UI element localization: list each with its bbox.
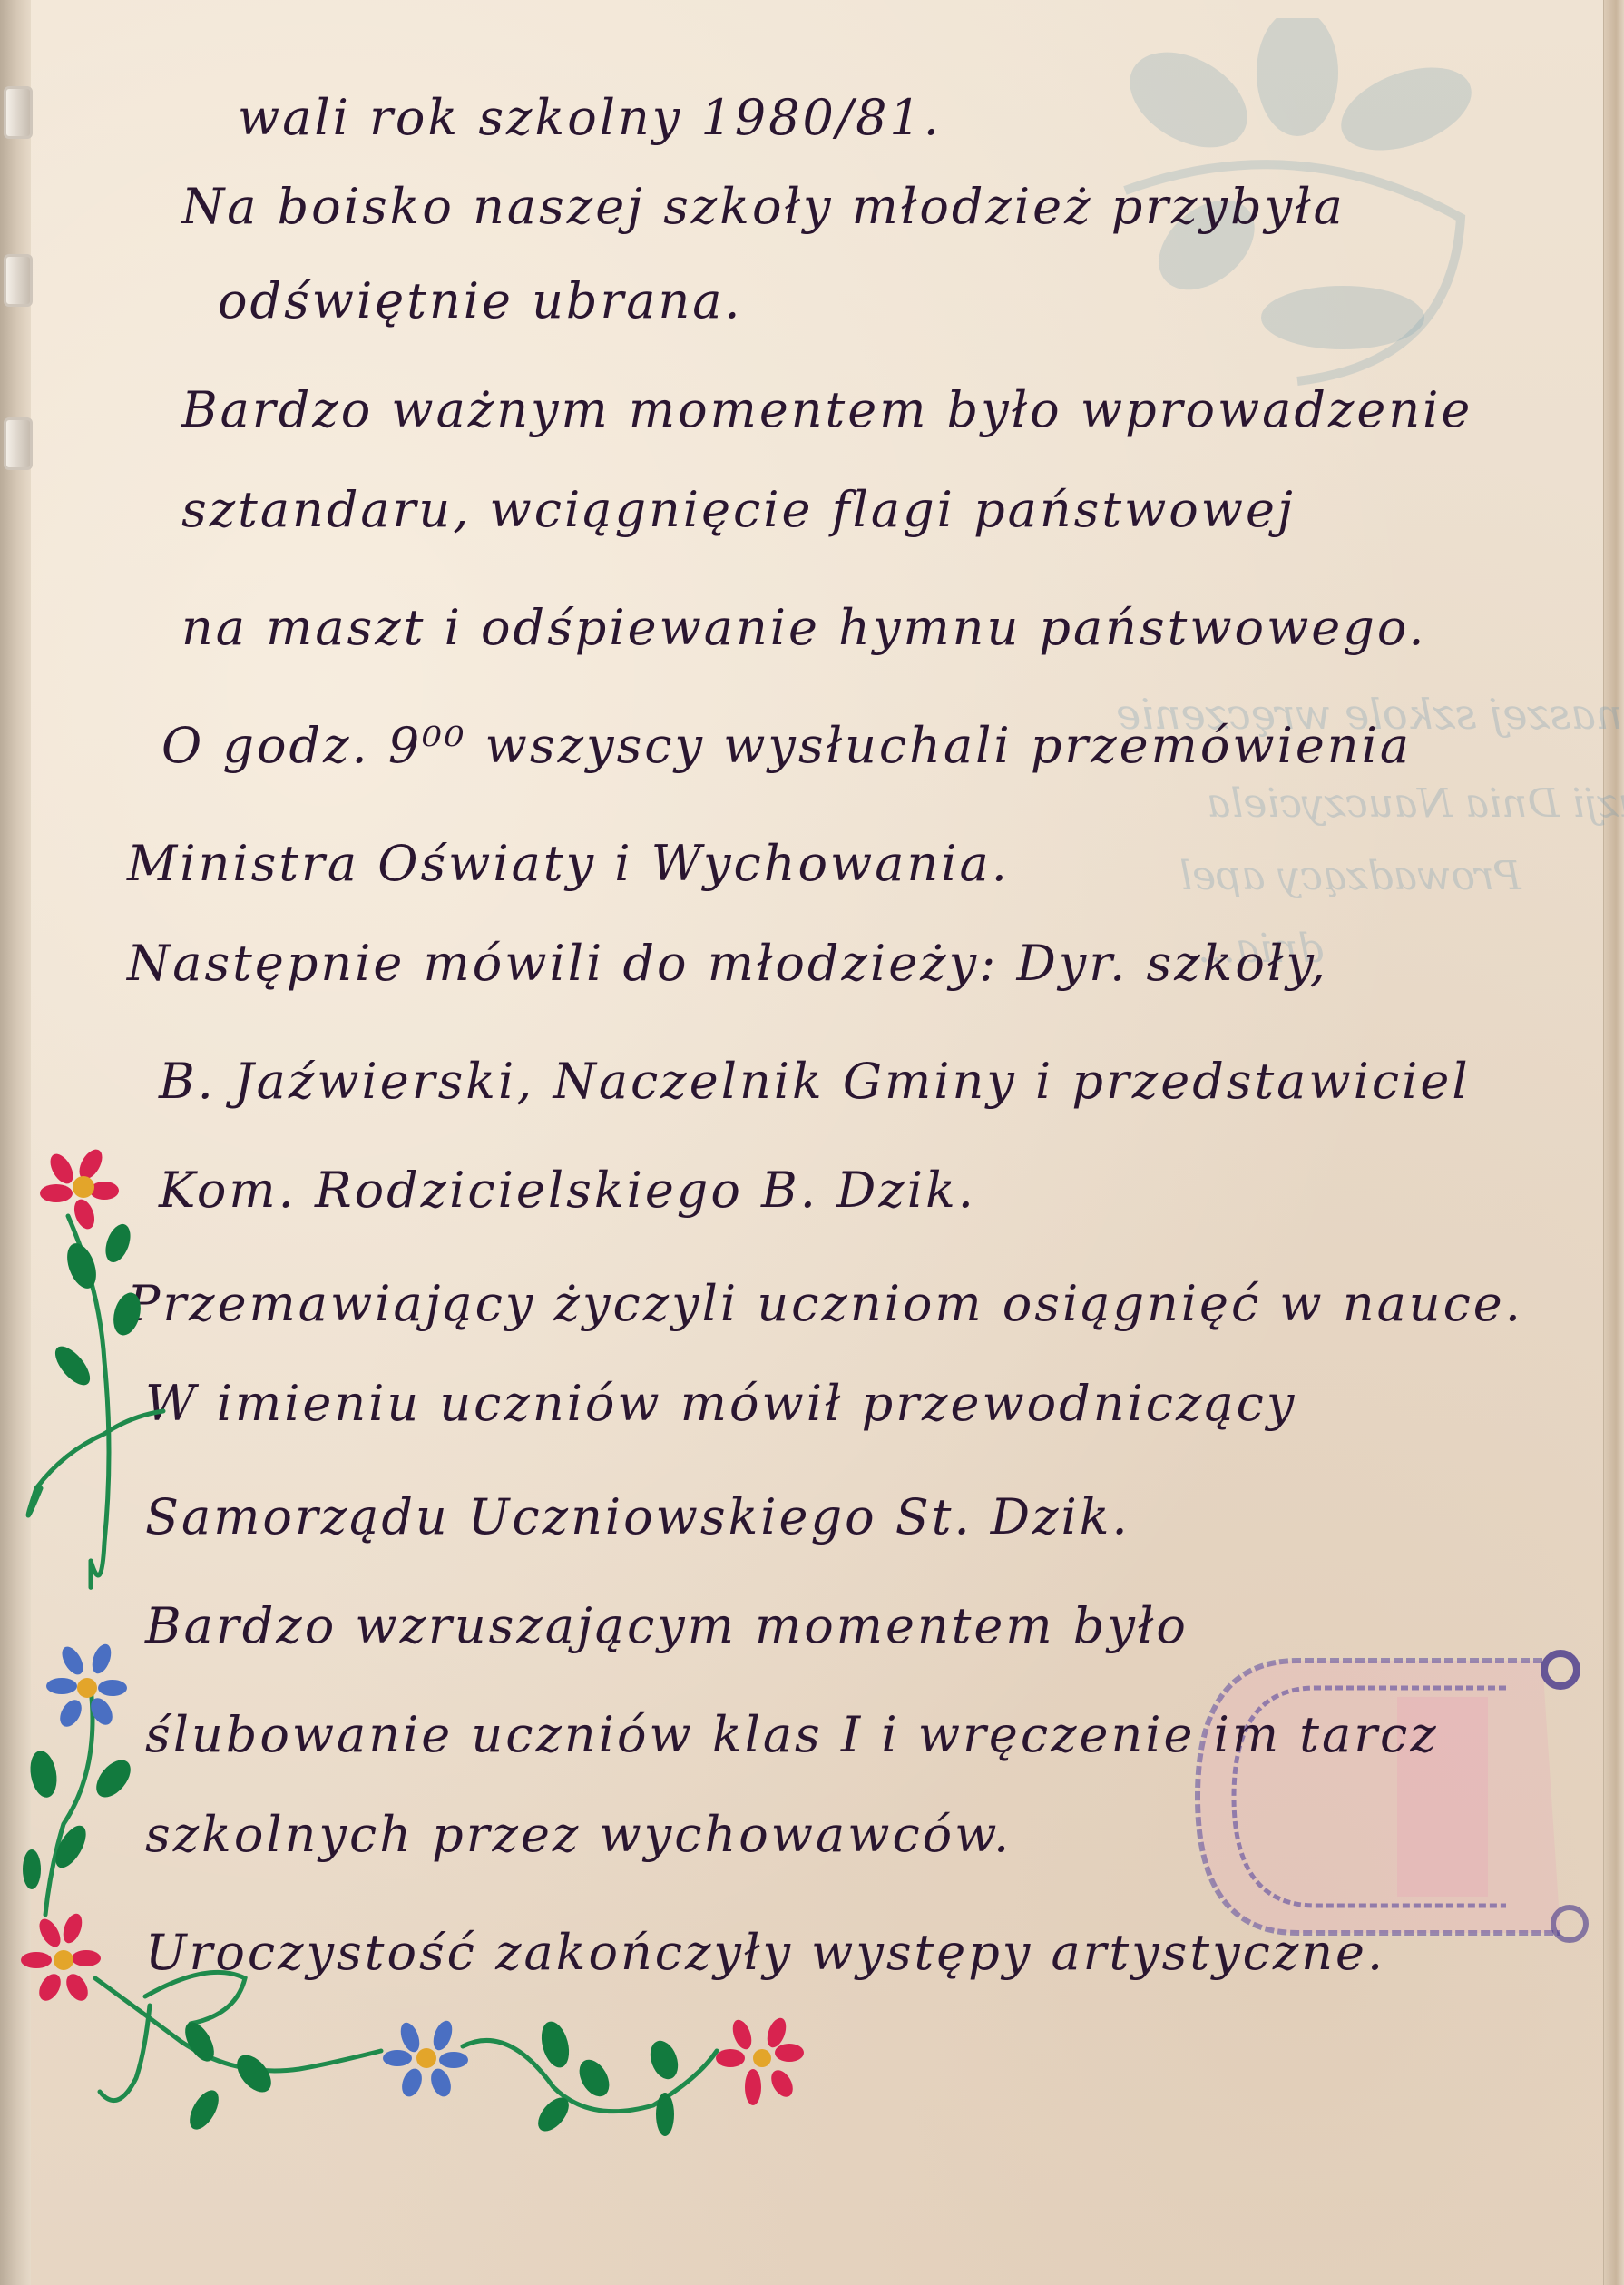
binding-clip [4,254,33,307]
red-flower-icon [40,1145,119,1231]
handwritten-line: B. Jaźwierski, Naczelnik Gminy i przedst… [159,1053,1471,1110]
handwritten-line: Samorządu Uczniowskiego St. Dzik. [145,1488,1130,1545]
handwritten-line: Bardzo wzruszającym momentem było [145,1597,1189,1654]
handwritten-line: Uroczystość zakończyły występy artystycz… [145,1924,1385,1981]
handwritten-line: O godz. 9⁰⁰ wszyscy wysłuchali przemówie… [161,717,1412,774]
red-flower-icon [21,1911,101,2005]
binding-clip [4,86,33,139]
handwritten-line: Na boisko naszej szkoły młodzież przybył… [181,178,1345,235]
handwritten-line: ślubowanie uczniów klas I i wręczenie im… [145,1706,1439,1763]
page-edge [1603,0,1624,2285]
binding-clip [4,417,33,470]
handwritten-line: Przemawiający życzyli uczniom osiągnięć … [127,1275,1523,1332]
bleed-through-text: apel z okazji Dnia Nauczyciela [1207,780,1624,827]
handwritten-line: sztandaru, wciągnięcie flagi państwowej [181,481,1296,538]
handwritten-line: na maszt i odśpiewanie hymnu państwowego… [181,599,1427,656]
handwritten-line: wali rok szkolny 1980/81. [238,89,942,146]
school-stamp-icon [1179,1633,1606,1969]
handwritten-line: Następnie mówili do młodzieży: Dyr. szko… [127,935,1328,992]
red-flower-icon [716,2015,804,2105]
handwritten-line: Bardzo ważnym momentem było wprowadzenie [181,381,1472,438]
blue-flower-icon [46,1642,127,1731]
handwritten-line: odświętnie ubrana. [218,272,743,329]
binding-spine [0,0,31,2285]
bleed-through-text: Prowadzący apel [1179,853,1521,899]
handwritten-line: Kom. Rodzicielskiego B. Dzik. [159,1162,976,1219]
blue-flower-icon [383,2018,468,2100]
notebook-page: Dnia 13.X.80 r. odbyło się w naszej szko… [0,0,1624,2285]
handwritten-line: W imieniu uczniów mówił przewodniczący [145,1375,1296,1432]
handwritten-line: Ministra Oświaty i Wychowania. [127,835,1010,892]
handwritten-line: szkolnych przez wychowawców. [145,1806,1012,1863]
